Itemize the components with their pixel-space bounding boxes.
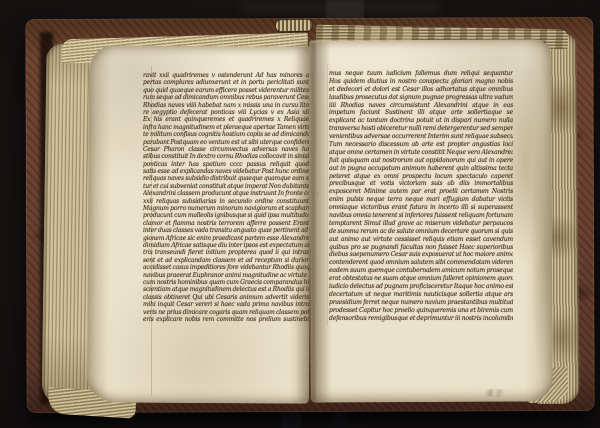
- manuscript-line: laudibus prosecutus dat signum pugnae pr…: [329, 94, 513, 102]
- manuscript-line: decertatum ut neque maritimis nauticisqu…: [329, 291, 513, 299]
- manuscript-line: aut in pugna occupatum animum haberent q…: [329, 165, 513, 173]
- pencil-annotation: [483, 389, 509, 397]
- manuscript-line: Alexandrini classem producunt atque inst…: [143, 190, 309, 197]
- manuscript-line: temptarent Simul illud grave ac miserum …: [329, 220, 513, 228]
- manuscript-line: veris ne prius dimicare cogaris quam rel…: [143, 309, 309, 316]
- manuscript-line: pertas complures adiunxerunt et in portu…: [143, 79, 309, 86]
- manuscript-line: iudicio delectus ad pugnam proficisceret…: [329, 283, 513, 291]
- manuscript-line: erat obtestatus ne suam atque omnium fal…: [329, 275, 513, 283]
- manuscript-line: peteret atque ex omni prospectu locum sp…: [329, 173, 513, 181]
- margin-mark: ·: [145, 284, 147, 290]
- manuscript-line: classis obtineret Qui ubi Cesaris animum…: [143, 294, 309, 301]
- manuscript-line: transversa hosti obiceretur nulli remi d…: [329, 125, 513, 133]
- manuscript-line: et dedecori et dolori est Cesar illos ad…: [329, 86, 513, 94]
- manuscript-line: inter duas classes vada transitu angusto…: [143, 227, 309, 234]
- manuscript-line: omniaque victoribus erant futura in ince…: [329, 204, 513, 212]
- manuscript-line: navibus omnia tenerent si inferiores fui…: [329, 212, 513, 220]
- manuscript-line: tur et cui subveniat constituit atque im…: [143, 183, 309, 190]
- manuscript-line: mihi inquit Cesar vereri si haec vada pr…: [143, 301, 309, 308]
- manuscript-line: Cesar Pharon classe circumvectus adversa…: [143, 146, 309, 153]
- manuscript-line: Ex his erant quinqueremes et quadriremes…: [143, 116, 309, 123]
- manuscript-line: impetum faciunt Sustinent illi atque art…: [329, 109, 513, 117]
- manuscript-line: quo quid quaeque earum efficere posset v…: [143, 87, 309, 94]
- manuscript-line: diebus saepenumero Cesar suis exposuerat…: [329, 251, 513, 259]
- manuscript-line: re aegyptio defecerat ponticas viii Lyci…: [143, 109, 309, 116]
- manuscript-line: clamor et flamma nostris terrorem afferr…: [143, 220, 309, 227]
- manuscript-line: Tum necessario discessum ab arte est pro…: [329, 141, 513, 149]
- manuscript-line: precibusque et votis victoriam suis ab d…: [329, 180, 513, 188]
- manuscript-line: atque omne certamen in virtute constitit…: [329, 149, 513, 157]
- manuscript-line: praesidium ferret neque numero navium pr…: [329, 299, 513, 307]
- photo-stage: ravit xxii quadriremes v ostenderunt Ad …: [0, 0, 600, 428]
- manuscript-line: infra hanc magnitudinem et pleraeque ape…: [143, 124, 309, 131]
- manuscript-line: producunt cum malleolis ignibusque si qu…: [143, 212, 309, 219]
- manuscript-line: tris transeundi fieret initium propterea…: [143, 249, 309, 256]
- manuscript-line: ravit xxii quadriremes v ostenderunt Ad …: [143, 72, 309, 79]
- manuscript-line: aut animo aut virtute cessisset reliquis…: [329, 236, 513, 244]
- manuscript-line: te militum confisus cognitis hostium cop…: [143, 131, 309, 138]
- manuscript-line: de summa rerum ac de salute omnium decer…: [329, 228, 513, 236]
- manuscript-line: Hos quidem diutius in nostro conspectu g…: [329, 78, 513, 86]
- manuscript-line: scientiam atque magnitudinem delectus es…: [143, 286, 309, 293]
- manuscript-line: eadem suum quemque contubernalem amicum …: [329, 267, 513, 275]
- manuscript-line: iiii Rhodias naves circumsistunt Alexand…: [329, 102, 513, 110]
- manuscript-line: xxii reliquas subsidiarias in secundo or…: [143, 198, 309, 205]
- manuscript-line: Magnum porro numerum minorum navigiorum …: [143, 205, 309, 212]
- manuscript-line: fuit quisquam aut nostrorum aut oppidano…: [329, 157, 513, 165]
- manuscript-line: parabant Postquam eo ventum est ut sibi …: [143, 139, 309, 146]
- manuscript-line: sent et ad explicandam classem et ad rec…: [143, 257, 309, 264]
- manuscript-line: navibus praeerat Euphranor animi magnitu…: [143, 272, 309, 279]
- manuscript-line: satis esse ad explicandas naves videbatu…: [143, 168, 309, 175]
- spine-headband: [276, 20, 312, 32]
- manuscript-line: Rhodias naves viiii habebat nam x missis…: [143, 102, 309, 109]
- manuscript-line: rum seque ad dimicandum omnibus rebus pa…: [143, 94, 309, 101]
- manuscript-line: contenderent quod omnium salutem sibi co…: [329, 259, 513, 267]
- manuscript-line: exposceret Minime autem par erat proelii…: [329, 188, 513, 196]
- margin-mark: ·: [317, 192, 319, 198]
- left-page-text: ravit xxii quadriremes v ostenderunt Ad …: [143, 72, 309, 325]
- manuscript-line: explicant ac tantum doctrina potuit ut i…: [329, 117, 513, 125]
- ruling-line-right: [327, 64, 328, 326]
- manuscript-line: gionem Africae sic enim praedicant parte…: [143, 235, 309, 242]
- manuscript-line: mus neque tuum iudicium fallemus dum rel…: [329, 70, 513, 78]
- manuscript-line: dimidiam Africae satisque diu inter ipso…: [143, 242, 309, 249]
- manuscript-line: defensoribus remigibusque et deprimuntur…: [329, 315, 513, 323]
- manuscript-line: stibus constituit In dextro cornu Rhodia…: [143, 153, 309, 160]
- right-page-text: mus neque tuum iudicium fallemus dum rel…: [329, 70, 513, 325]
- manuscript-line: cum nostris hominibus quam cum Graecis c…: [143, 279, 309, 286]
- manuscript-line: accidisset casus impeditiores fore videb…: [143, 264, 309, 271]
- manuscript-line: enim pulsis neque terra neque mari effug…: [329, 196, 513, 204]
- manuscript-line: ponticas inter has spatium cccc passus r…: [143, 161, 309, 168]
- manuscript-line: quibus pro se pugnandi facultas non fuis…: [329, 244, 513, 252]
- manuscript-line: prodesset Capitur hoc proelio quinquerem…: [329, 307, 513, 315]
- manuscript-line: venientibus adversae occurrerent Interim…: [329, 133, 513, 141]
- manuscript-line: reliquas naves subsidio distribuit quaeq…: [143, 175, 309, 182]
- manuscript-line: eris explicare nobis rem committe nos pr…: [143, 316, 309, 323]
